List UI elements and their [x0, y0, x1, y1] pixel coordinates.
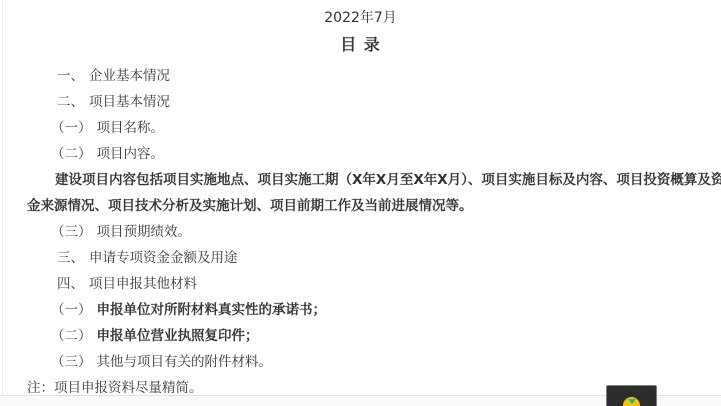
toc-item-4-3: （三）其他与项目有关的附件材料。 [0, 349, 721, 375]
toc-item-text: 项目预期绩效。 [97, 224, 192, 240]
toc-item-2-2: （二）项目内容。 [0, 141, 721, 167]
toc-item-text: 项目申报其他材料 [89, 276, 197, 292]
toc-item-text: 企业基本情况 [89, 68, 170, 84]
toc-item-2-3: （三）项目预期绩效。 [0, 219, 721, 245]
floating-widget-button[interactable] [606, 385, 657, 406]
toc-item-4: 四、项目申报其他材料 [0, 271, 721, 297]
toc-item-3: 三、申请专项资金金额及用途 [0, 245, 721, 271]
toc-item-text: 项目内容。 [97, 146, 165, 162]
toc-item-4-2: （二）申报单位营业执照复印件； [0, 323, 721, 349]
toc-item-number: 一、 [57, 68, 84, 84]
widget-logo-icon [623, 397, 640, 406]
toc-item-text: 申报单位营业执照复印件； [97, 328, 259, 344]
project-content-paragraph-line-2: 金来源情况、项目技术分析及实施计划、项目前期工作及当前进展情况等。 [0, 193, 721, 219]
table-of-contents: 一、企业基本情况 二、项目基本情况 （一）项目名称。 （二）项目内容。 建设项目… [0, 63, 721, 401]
toc-item-text: 其他与项目有关的附件材料。 [97, 354, 273, 370]
toc-item-1: 一、企业基本情况 [0, 63, 721, 89]
toc-item-4-1: （一）申报单位对所附材料真实性的承诺书； [0, 297, 721, 323]
toc-item-number: 三、 [57, 250, 84, 266]
toc-item-number: （一） [51, 120, 92, 136]
toc-item-number: 四、 [57, 276, 84, 292]
widget-logo-wedge-icon [628, 399, 636, 404]
toc-item-number: （三） [51, 224, 92, 240]
toc-item-text: 申请专项资金金额及用途 [89, 250, 238, 266]
toc-item-text: 项目基本情况 [89, 94, 170, 110]
toc-item-2: 二、项目基本情况 [0, 89, 721, 115]
toc-item-number: （一） [51, 302, 92, 318]
toc-item-number: （二） [51, 328, 92, 344]
document-date: 2022年7月 [0, 6, 721, 30]
toc-item-text: 申报单位对所附材料真实性的承诺书； [97, 302, 327, 318]
toc-title: 目 录 [0, 30, 721, 60]
document-page: 2022年7月 目 录 一、企业基本情况 二、项目基本情况 （一）项目名称。 （… [0, 0, 721, 401]
toc-item-2-1: （一）项目名称。 [0, 115, 721, 141]
project-content-paragraph-line-1: 建设项目内容包括项目实施地点、项目实施工期（X年X月至X年X月）、项目实施目标及… [0, 167, 721, 193]
toc-item-number: （二） [51, 146, 92, 162]
toc-item-text: 项目名称。 [97, 120, 165, 136]
toc-item-number: （三） [51, 354, 92, 370]
toc-item-number: 二、 [57, 94, 84, 110]
